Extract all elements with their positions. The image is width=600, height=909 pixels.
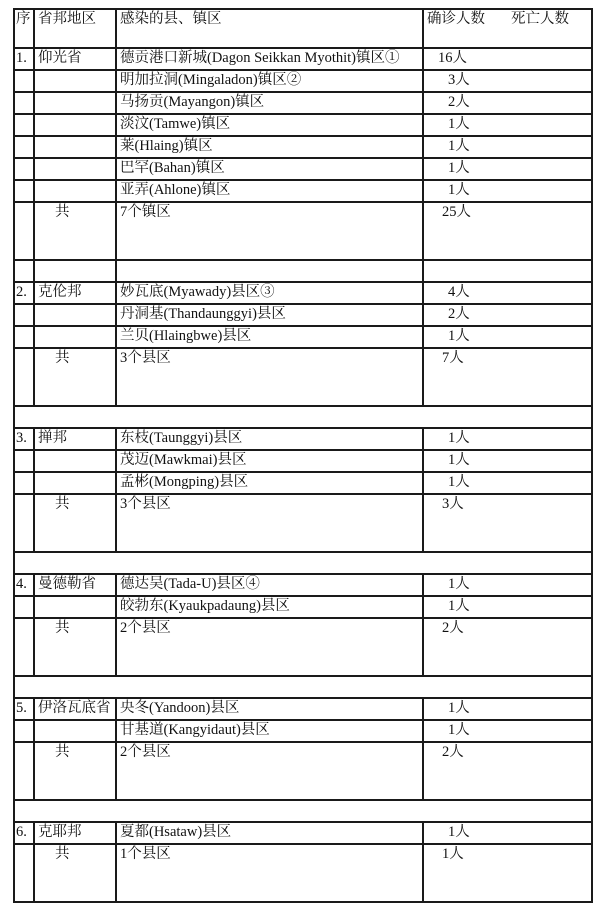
- header-deaths: 死亡人数: [511, 10, 569, 29]
- total-label: 共: [34, 618, 116, 676]
- gap-cell: [14, 552, 592, 574]
- row-region: [34, 92, 116, 114]
- row-seq: 6.: [14, 822, 34, 844]
- row-seq: [14, 472, 34, 494]
- total-area: 7个镇区: [116, 202, 423, 260]
- table-row: 甘基道(Kangyidaut)县区1人: [14, 720, 592, 742]
- table-row: 亚弄(Ahlone)镇区1人: [14, 180, 592, 202]
- row-seq: 1.: [14, 48, 34, 70]
- row-area: 马扬贡(Mayangon)镇区: [116, 92, 423, 114]
- row-region: 仰光省: [34, 48, 116, 70]
- table-row: 淡汶(Tamwe)镇区1人: [14, 114, 592, 136]
- row-region: 曼德勒省: [34, 574, 116, 596]
- total-label: 共: [34, 742, 116, 800]
- row-area: 东枝(Taunggyi)县区: [116, 428, 423, 450]
- row-area: 甘基道(Kangyidaut)县区: [116, 720, 423, 742]
- row-region: [34, 114, 116, 136]
- total-area: 3个县区: [116, 494, 423, 552]
- table-row: 6.克耶邦夏都(Hsataw)县区1人: [14, 822, 592, 844]
- blank-cell: [34, 260, 116, 282]
- total-seq: [14, 202, 34, 260]
- row-confirmed: 1人: [423, 180, 592, 202]
- row-area: 皎勃东(Kyaukpadaung)县区: [116, 596, 423, 618]
- row-confirmed: 1人: [423, 136, 592, 158]
- row-area: 兰贝(Hlaingbwe)县区: [116, 326, 423, 348]
- row-seq: [14, 114, 34, 136]
- row-area: 茂迈(Mawkmai)县区: [116, 450, 423, 472]
- section-gap-row: [14, 552, 592, 574]
- total-label: 共: [34, 494, 116, 552]
- row-confirmed: 4人: [423, 282, 592, 304]
- row-region: [34, 304, 116, 326]
- row-seq: [14, 136, 34, 158]
- row-seq: [14, 92, 34, 114]
- row-confirmed: 2人: [423, 92, 592, 114]
- table-row: 明加拉洞(Mingaladon)镇区②3人: [14, 70, 592, 92]
- total-confirmed: 1人: [423, 844, 592, 902]
- table-row: 1.仰光省德贡港口新城(Dagon Seikkan Myothit)镇区①16人: [14, 48, 592, 70]
- table-row: 4.曼德勒省德达吴(Tada-U)县区④1人: [14, 574, 592, 596]
- row-area: 夏都(Hsataw)县区: [116, 822, 423, 844]
- row-region: [34, 70, 116, 92]
- table-row: 3.掸邦东枝(Taunggyi)县区1人: [14, 428, 592, 450]
- total-confirmed: 2人: [423, 742, 592, 800]
- row-region: 克耶邦: [34, 822, 116, 844]
- row-area: 亚弄(Ahlone)镇区: [116, 180, 423, 202]
- row-seq: 4.: [14, 574, 34, 596]
- total-label: 共: [34, 202, 116, 260]
- total-row: 共1个县区1人: [14, 844, 592, 902]
- total-seq: [14, 348, 34, 406]
- total-seq: [14, 742, 34, 800]
- row-area: 丹洞基(Thandaunggyi)县区: [116, 304, 423, 326]
- row-confirmed: 1人: [423, 822, 592, 844]
- table-row: 孟彬(Mongping)县区1人: [14, 472, 592, 494]
- row-confirmed: 1人: [423, 472, 592, 494]
- total-row: 共2个县区2人: [14, 618, 592, 676]
- row-confirmed: 1人: [423, 596, 592, 618]
- row-seq: 2.: [14, 282, 34, 304]
- row-seq: [14, 720, 34, 742]
- blank-cell: [116, 260, 423, 282]
- blank-cell: [423, 260, 592, 282]
- row-seq: [14, 180, 34, 202]
- blank-row: [14, 260, 592, 282]
- header-confirmed: 确诊人数: [427, 10, 485, 29]
- total-seq: [14, 494, 34, 552]
- total-row: 共2个县区2人: [14, 742, 592, 800]
- total-area: 2个县区: [116, 618, 423, 676]
- total-row: 共3个县区3人: [14, 494, 592, 552]
- gap-cell: [14, 800, 592, 822]
- header-region: 省邦地区: [34, 9, 116, 48]
- table-row: 2.克伦邦妙瓦底(Myawady)县区③4人: [14, 282, 592, 304]
- row-seq: [14, 304, 34, 326]
- table-header-row: 序 省邦地区 感染的县、镇区 确诊人数 死亡人数: [14, 9, 592, 48]
- row-seq: 5.: [14, 698, 34, 720]
- table-row: 兰贝(Hlaingbwe)县区1人: [14, 326, 592, 348]
- table-row: 莱(Hlaing)镇区1人: [14, 136, 592, 158]
- row-confirmed: 1人: [423, 326, 592, 348]
- table-row: 茂迈(Mawkmai)县区1人: [14, 450, 592, 472]
- total-confirmed: 7人: [423, 348, 592, 406]
- row-region: 掸邦: [34, 428, 116, 450]
- section-gap-row: [14, 676, 592, 698]
- row-confirmed: 2人: [423, 304, 592, 326]
- row-region: [34, 596, 116, 618]
- row-region: [34, 720, 116, 742]
- row-seq: [14, 158, 34, 180]
- total-label: 共: [34, 348, 116, 406]
- row-confirmed: 1人: [423, 158, 592, 180]
- row-area: 德贡港口新城(Dagon Seikkan Myothit)镇区①: [116, 48, 423, 70]
- table-row: 巴罕(Bahan)镇区1人: [14, 158, 592, 180]
- row-area: 德达吴(Tada-U)县区④: [116, 574, 423, 596]
- row-confirmed: 1人: [423, 428, 592, 450]
- total-confirmed: 25人: [423, 202, 592, 260]
- section-gap-row: [14, 800, 592, 822]
- row-area: 莱(Hlaing)镇区: [116, 136, 423, 158]
- gap-cell: [14, 676, 592, 698]
- row-area: 淡汶(Tamwe)镇区: [116, 114, 423, 136]
- row-area: 妙瓦底(Myawady)县区③: [116, 282, 423, 304]
- header-area: 感染的县、镇区: [116, 9, 423, 48]
- row-region: [34, 136, 116, 158]
- row-confirmed: 16人: [423, 48, 592, 70]
- blank-cell: [14, 260, 34, 282]
- table-row: 皎勃东(Kyaukpadaung)县区1人: [14, 596, 592, 618]
- row-seq: [14, 326, 34, 348]
- row-area: 明加拉洞(Mingaladon)镇区②: [116, 70, 423, 92]
- row-region: [34, 472, 116, 494]
- row-seq: [14, 70, 34, 92]
- table-row: 5.伊洛瓦底省央冬(Yandoon)县区1人: [14, 698, 592, 720]
- row-region: [34, 326, 116, 348]
- header-seq: 序: [14, 9, 34, 48]
- total-seq: [14, 844, 34, 902]
- row-confirmed: 3人: [423, 70, 592, 92]
- row-seq: 3.: [14, 428, 34, 450]
- row-area: 孟彬(Mongping)县区: [116, 472, 423, 494]
- covid-cases-table: 序 省邦地区 感染的县、镇区 确诊人数 死亡人数 1.仰光省德贡港口新城(Dag…: [13, 8, 593, 903]
- total-area: 2个县区: [116, 742, 423, 800]
- table-row: 马扬贡(Mayangon)镇区2人: [14, 92, 592, 114]
- row-seq: [14, 596, 34, 618]
- table-row: 丹洞基(Thandaunggyi)县区2人: [14, 304, 592, 326]
- total-row: 共7个镇区25人: [14, 202, 592, 260]
- row-confirmed: 1人: [423, 698, 592, 720]
- row-region: [34, 180, 116, 202]
- gap-cell: [14, 406, 592, 428]
- row-area: 央冬(Yandoon)县区: [116, 698, 423, 720]
- row-confirmed: 1人: [423, 574, 592, 596]
- row-confirmed: 1人: [423, 450, 592, 472]
- row-seq: [14, 450, 34, 472]
- total-label: 共: [34, 844, 116, 902]
- header-counts: 确诊人数 死亡人数: [423, 9, 592, 48]
- total-confirmed: 3人: [423, 494, 592, 552]
- row-region: 伊洛瓦底省: [34, 698, 116, 720]
- section-gap-row: [14, 406, 592, 428]
- row-confirmed: 1人: [423, 114, 592, 136]
- total-area: 3个县区: [116, 348, 423, 406]
- row-region: [34, 450, 116, 472]
- total-area: 1个县区: [116, 844, 423, 902]
- row-region: [34, 158, 116, 180]
- total-confirmed: 2人: [423, 618, 592, 676]
- row-area: 巴罕(Bahan)镇区: [116, 158, 423, 180]
- row-region: 克伦邦: [34, 282, 116, 304]
- row-confirmed: 1人: [423, 720, 592, 742]
- total-seq: [14, 618, 34, 676]
- total-row: 共3个县区7人: [14, 348, 592, 406]
